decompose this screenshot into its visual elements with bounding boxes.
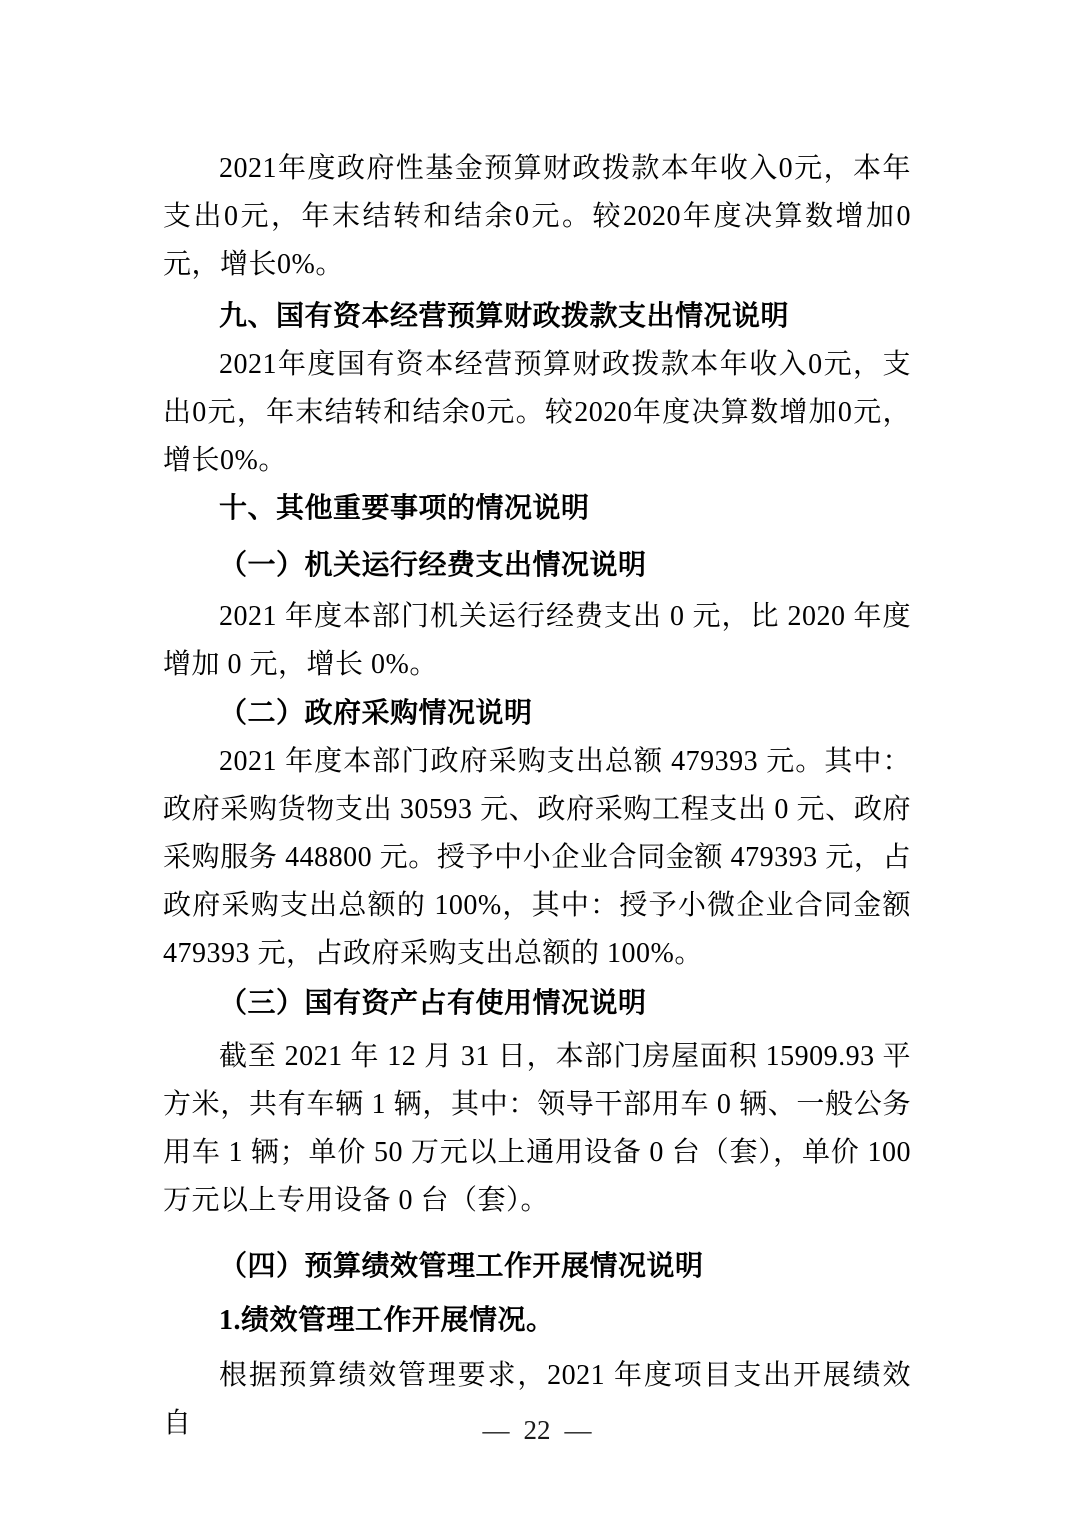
document-body: 2021年度政府性基金预算财政拨款本年收入0元，本年支出0元，年末结转和结余0元…	[163, 0, 911, 1448]
heading-performance-management-item-1: 1.绩效管理工作开展情况。	[163, 1297, 911, 1345]
heading-subsection-three-state-assets: （三）国有资产占有使用情况说明	[163, 980, 911, 1028]
paragraph-government-procurement: 2021 年度本部门政府采购支出总额 479393 元。其中：政府采购货物支出 …	[163, 738, 911, 978]
footer-dash-right: —	[565, 1408, 592, 1452]
footer-dash-left: —	[483, 1408, 510, 1452]
paragraph-agency-operating-expense: 2021 年度本部门机关运行经费支出 0 元，比 2020 年度增加 0 元，增…	[163, 593, 911, 689]
paragraph-state-assets: 截至 2021 年 12 月 31 日，本部门房屋面积 15909.93 平方米…	[163, 1033, 911, 1225]
heading-subsection-two-government-procurement: （二）政府采购情况说明	[163, 690, 911, 738]
heading-section-nine: 九、国有资本经营预算财政拨款支出情况说明	[163, 293, 911, 341]
heading-subsection-four-performance-management: （四）预算绩效管理工作开展情况说明	[163, 1243, 911, 1291]
page-number: 22	[524, 1408, 551, 1452]
paragraph-gov-fund-budget: 2021年度政府性基金预算财政拨款本年收入0元，本年支出0元，年末结转和结余0元…	[163, 145, 911, 289]
heading-section-ten: 十、其他重要事项的情况说明	[163, 485, 911, 533]
paragraph-state-capital-budget: 2021年度国有资本经营预算财政拨款本年收入0元，支出0元，年末结转和结余0元。…	[163, 341, 911, 485]
heading-subsection-one-agency-operating-expense: （一）机关运行经费支出情况说明	[163, 542, 911, 590]
page-footer: —22—	[0, 1408, 1074, 1452]
document-page: 2021年度政府性基金预算财政拨款本年收入0元，本年支出0元，年末结转和结余0元…	[0, 0, 1074, 1520]
